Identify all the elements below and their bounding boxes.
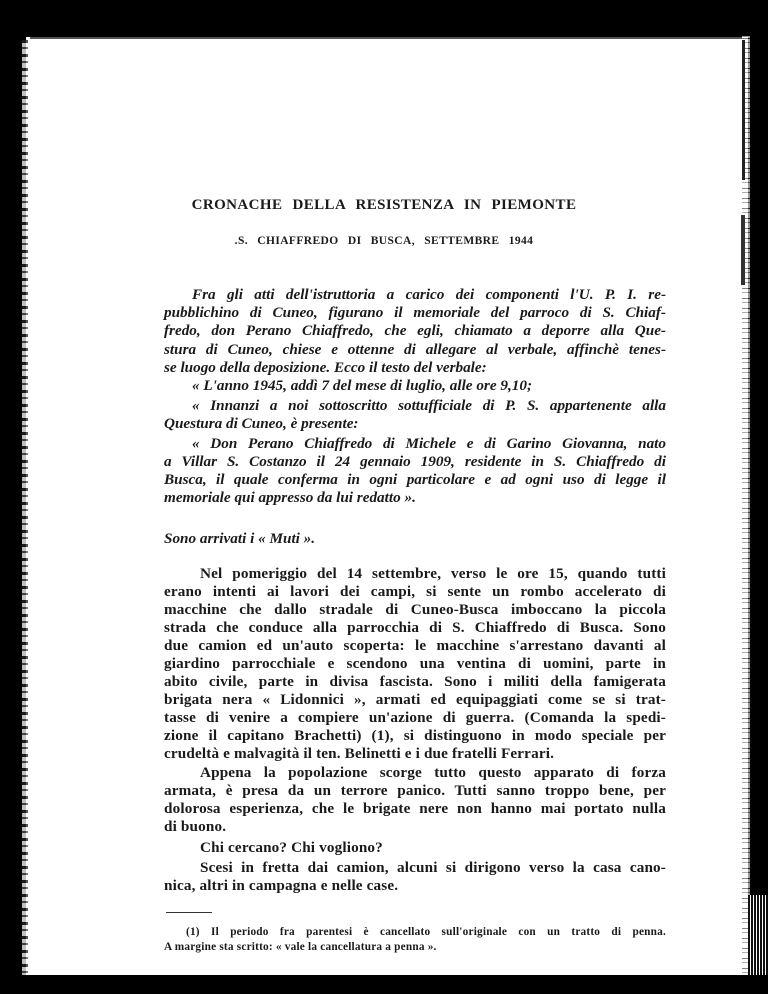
section-heading: Sono arrivati i « Muti ». [164, 530, 666, 548]
intro-line: memoriale qui appresso da lui redatto ». [164, 489, 666, 507]
intro-line: fredo, don Perano Chiaffredo, che egli, … [164, 322, 666, 340]
intro-line: se luogo della deposizione. Ecco il test… [164, 359, 666, 377]
intro-line: pubblichino di Cuneo, figurano il memori… [164, 304, 666, 322]
body-line: di buono. [164, 818, 666, 836]
body-line: strada che conduce alla parrocchia di S.… [164, 619, 666, 637]
footnote-separator [166, 912, 212, 913]
intro-line: a Villar S. Costanzo il 24 gennaio 1909,… [164, 453, 666, 471]
footnote-line: A margine sta scritto: « vale la cancell… [164, 940, 666, 955]
body-line: Chi cercano? Chi vogliono? [200, 839, 666, 857]
intro-line: « Don Perano Chiaffredo di Michele e di … [192, 435, 666, 453]
body-line: dolorosa esperienza, che le brigate nere… [164, 800, 666, 818]
intro-line: « Innanzi a noi sottoscritto sottufficia… [192, 397, 666, 415]
page-right-edge-mark [742, 40, 745, 180]
body-line: abito civile, parte in divisa fascista. … [164, 673, 666, 691]
intro-line: Busca, il quale conferma in ogni partico… [164, 471, 666, 489]
page-top-edge [30, 37, 742, 39]
body-line: armata, è presa da un terrore panico. Tu… [164, 782, 666, 800]
page-right-edge-mark [741, 215, 745, 285]
page-left-edge [22, 40, 28, 975]
body-line: Nel pomeriggio del 14 settembre, verso l… [200, 565, 666, 583]
intro-line: « L'anno 1945, addì 7 del mese di luglio… [192, 377, 666, 395]
body-line: due camion ed un'auto scoperta: le macch… [164, 637, 666, 655]
body-line: brigata nera « Lidonnici », armati ed eq… [164, 691, 666, 709]
body-line: nica, altri in campagna e nelle case. [164, 877, 666, 895]
page-title: CRONACHE DELLA RESISTENZA IN PIEMONTE [0, 197, 768, 214]
intro-line: Fra gli atti dell'istruttoria a carico d… [192, 286, 666, 304]
page-subtitle: .S. CHIAFFREDO DI BUSCA, SETTEMBRE 1944 [0, 235, 768, 247]
body-line: erano intenti ai lavori dei campi, si se… [164, 583, 666, 601]
footnote-line: (1) Il periodo fra parentesi è cancellat… [186, 925, 666, 940]
intro-line: Questura di Cuneo, è presente: [164, 415, 666, 433]
body-line: Scesi in fretta dai camion, alcuni si di… [200, 859, 666, 877]
body-line: tasse di venire a compiere un'azione di … [164, 709, 666, 727]
body-line: zione il capitano Brachetti) (1), si dis… [164, 727, 666, 745]
page-right-edge-shadow [748, 895, 768, 975]
body-line: macchine che dallo stradale di Cuneo-Bus… [164, 601, 666, 619]
body-line: Appena la popolazione scorge tutto quest… [200, 764, 666, 782]
body-line: crudeltà e malvagità il ten. Belinetti e… [164, 745, 666, 763]
body-line: giardino parrocchiale e scendono una ven… [164, 655, 666, 673]
intro-line: stura di Cuneo, chiese e ottenne di alle… [164, 341, 666, 359]
scan-bottom-border [0, 975, 768, 994]
